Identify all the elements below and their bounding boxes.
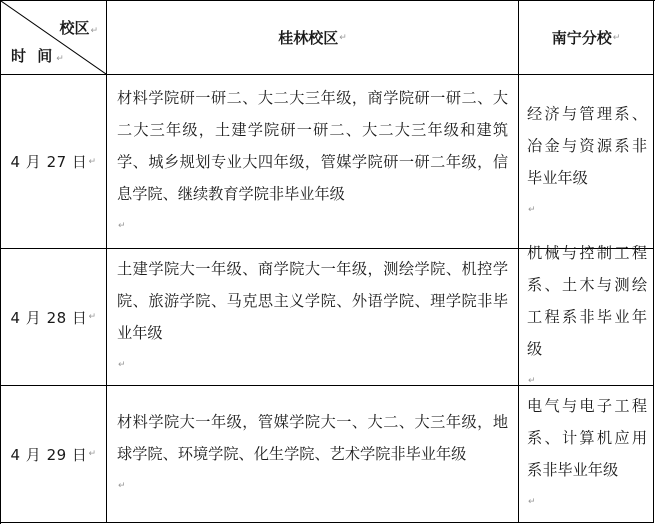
nanning-cell: 机械与控制工程系、土木与测绘工程系非毕业年级↵ — [519, 249, 653, 385]
nanning-cell: 电气与电子工程系、计算机应用系非毕业年级↵ — [519, 386, 653, 522]
guilin-cell: 材料学院大一年级，管媒学院大一、大二、大三年级，地球学院、环境学院、化生学院、艺… — [107, 386, 518, 522]
header-guilin: 桂林校区↵ — [107, 1, 518, 74]
guilin-cell: 土建学院大一年级、商学院大一年级，测绘学院、机控学院、旅游学院、马克思主义学院、… — [107, 249, 518, 385]
time-axis-label: 时 间↵ — [11, 45, 67, 66]
schedule-table: 校区↵ 时 间↵ 桂林校区↵ 南宁分校↵ 4 月 27 日↵ 材料学院研一研二、… — [0, 0, 655, 524]
border-right — [653, 0, 654, 523]
guilin-cell: 材料学院研一研二、大二大三年级，商学院研一研二、大二大三年级，土建学院研一研二、… — [107, 75, 518, 248]
date-cell: 4 月 27 日↵ — [1, 75, 106, 248]
nanning-cell: 经济与管理系、冶金与资源系非毕业年级↵ — [519, 75, 653, 248]
date-cell: 4 月 28 日↵ — [1, 249, 106, 385]
date-cell: 4 月 29 日↵ — [1, 386, 106, 522]
campus-axis-label: 校区↵ — [59, 17, 98, 38]
corner-header-cell: 校区↵ 时 间↵ — [1, 1, 106, 74]
header-nanning: 南宁分校↵ — [519, 1, 653, 74]
border-bottom — [0, 522, 654, 523]
